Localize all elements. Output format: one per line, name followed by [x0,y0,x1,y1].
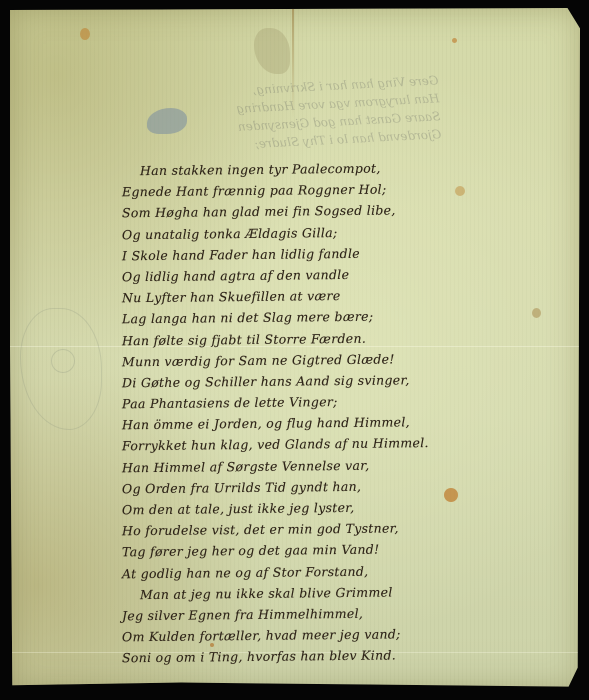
poem-text: Han stakken ingen tyr Paalecompot, Egned… [122,158,562,667]
poem-line: Soni og om i Ting, hvorfas han blev Kind… [122,643,562,669]
blue-ink-stain [147,108,187,134]
reverse-side-bleed-through: Gere Ving han har i Skrivning, Han luryg… [178,71,441,157]
rust-spot [80,28,90,40]
bleed-line: Saare Ganst han god Gjensynden [180,107,441,139]
grey-smudge [254,28,290,74]
bleed-line: Han lurygrom vga vore Handring [179,89,440,121]
scan-frame: Gere Ving han har i Skrivning, Han luryg… [0,0,589,700]
paper-watermark [20,308,102,430]
rust-spot [452,38,457,43]
bleed-line: Gere Ving han har i Skrivning, [178,71,439,103]
manuscript-page: Gere Ving han har i Skrivning, Han luryg… [10,8,580,688]
vertical-fold-crease [292,8,294,118]
bleed-line: Gjordevnd han lo i Thy Sludre; [181,125,442,157]
